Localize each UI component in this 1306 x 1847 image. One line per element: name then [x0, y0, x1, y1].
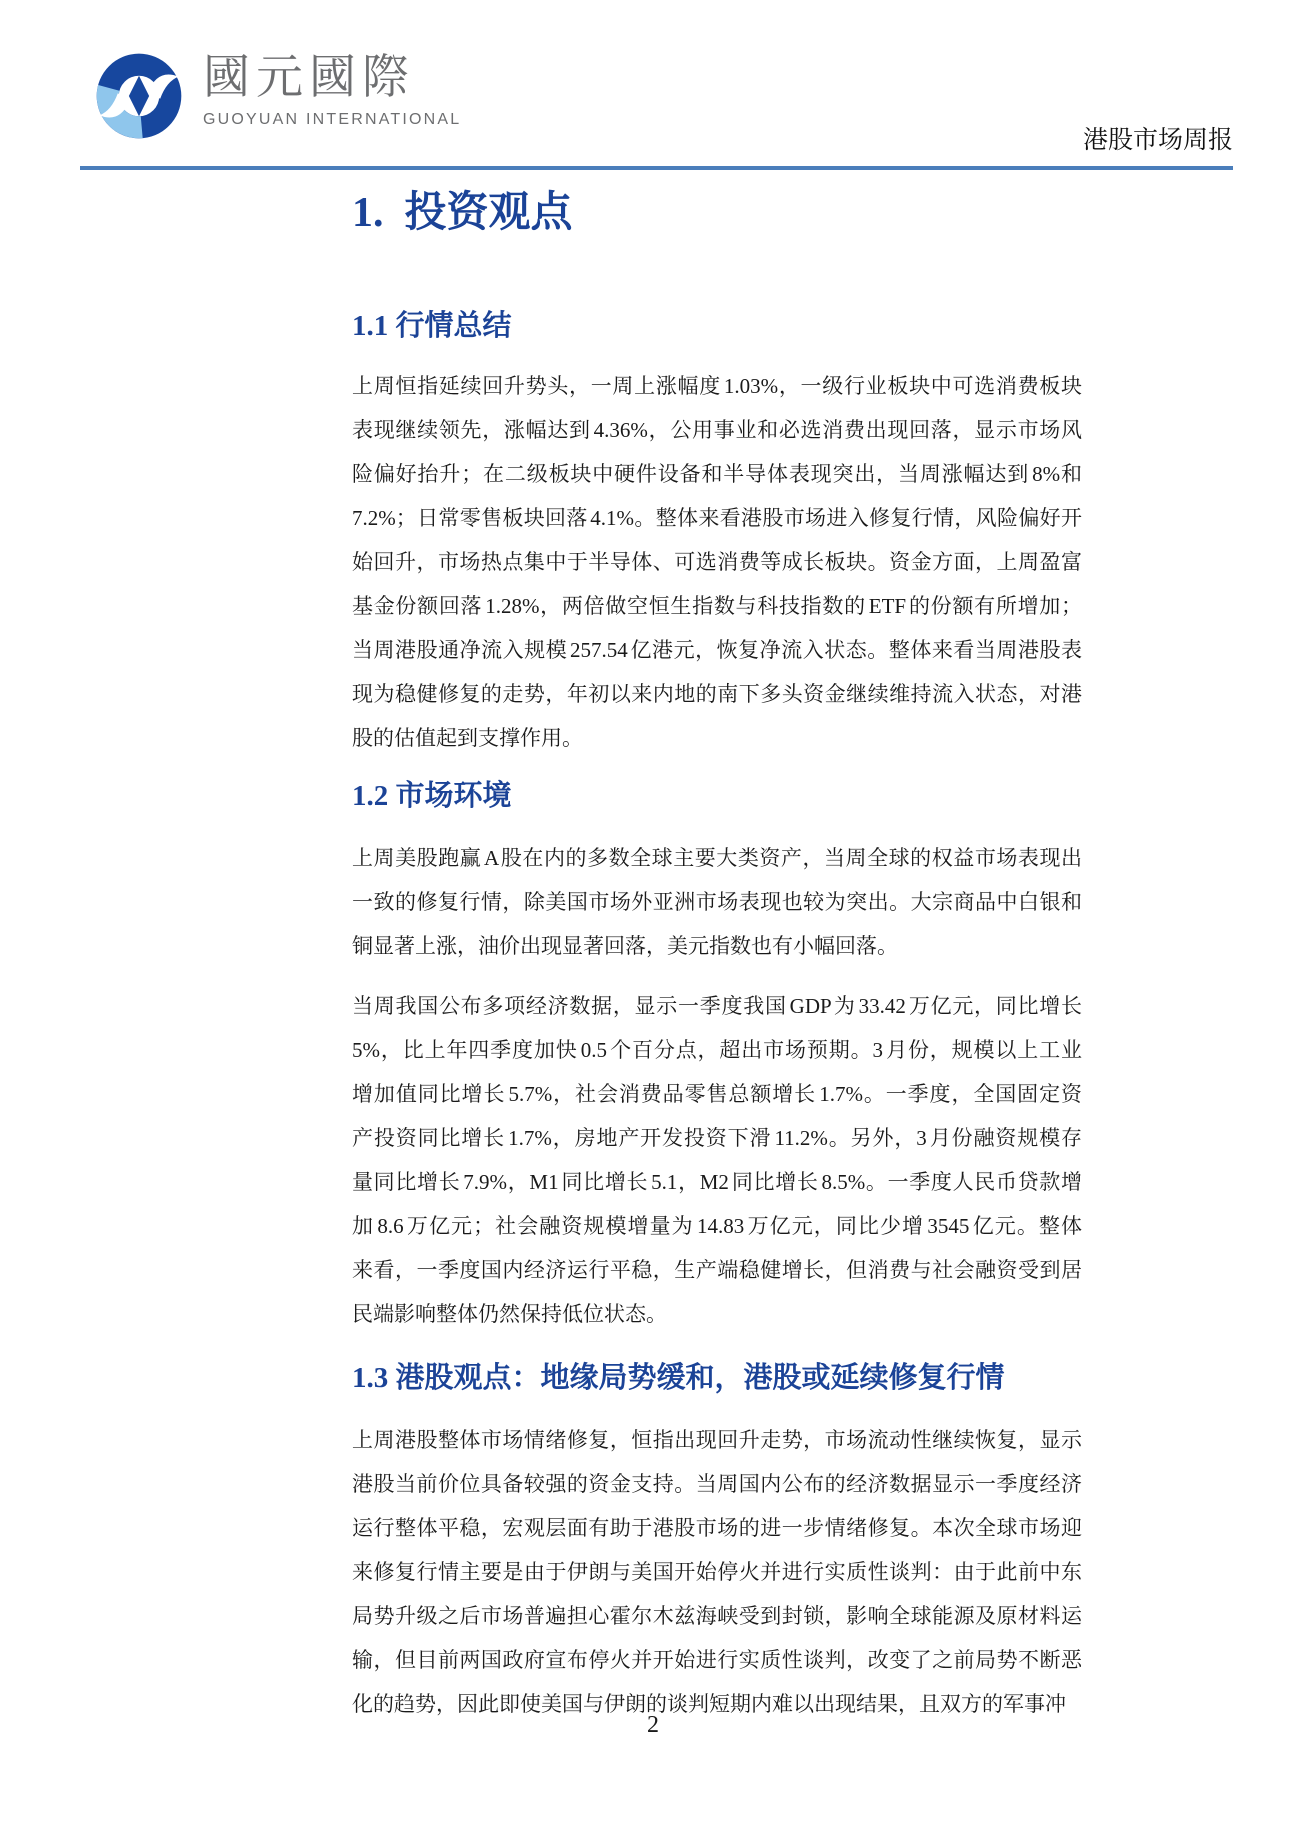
text-line: 上周港股整体市场情绪修复，恒指出现回升走势，市场流动性继续恢复，显示 [352, 1418, 1082, 1462]
text-line: 加 8.6 万亿元；社会融资规模增量为 14.83 万亿元，同比少增 3545 … [352, 1204, 1082, 1248]
text-line: 输，但目前两国政府宣布停火并开始进行实质性谈判，改变了之前局势不断恶 [352, 1638, 1082, 1682]
logo: 國元國際 GUOYUAN INTERNATIONAL [203, 50, 461, 130]
text-line: 股的估值起到支撑作用。 [352, 716, 1082, 760]
text-line: 增加值同比增长 5.7%，社会消费品零售总额增长 1.7%。一季度，全国固定资 [352, 1072, 1082, 1116]
page-number: 2 [0, 1710, 1306, 1740]
paragraph-global-markets: 上周美股跑赢 A 股在内的多数全球主要大类资产，当周全球的权益市场表现出一致的修… [352, 836, 1082, 968]
heading-1-1: 1.1 行情总结 [352, 306, 1082, 346]
text-line: 上周恒指延续回升势头，一周上涨幅度 1.03%，一级行业板块中可选消费板块 [352, 364, 1082, 408]
text-line: 始回升，市场热点集中于半导体、可选消费等成长板块。资金方面，上周盈富 [352, 540, 1082, 584]
page-title: 1. 投资观点 [352, 188, 1082, 238]
header-rule [80, 166, 1233, 170]
report-body: 1. 投资观点 1.1 行情总结 上周恒指延续回升势头，一周上涨幅度 1.03%… [352, 172, 1082, 1726]
text-line: 来看，一季度国内经济运行平稳，生产端稳健增长，但消费与社会融资受到居 [352, 1248, 1082, 1292]
report-page: 國元國際 GUOYUAN INTERNATIONAL 港股市场周报 1. 投资观… [0, 0, 1306, 1847]
text-line: 险偏好抬升；在二级板块中硬件设备和半导体表现突出，当周涨幅达到 8%和 [352, 452, 1082, 496]
paragraph-economic-data: 当周我国公布多项经济数据，显示一季度我国 GDP 为 33.42 万亿元，同比增… [352, 984, 1082, 1336]
text-line: 港股当前价位具备较强的资金支持。当周国内公布的经济数据显示一季度经济 [352, 1462, 1082, 1506]
text-line: 现为稳健修复的走势，年初以来内地的南下多头资金继续维持流入状态，对港 [352, 672, 1082, 716]
paragraph-hk-view: 上周港股整体市场情绪修复，恒指出现回升走势，市场流动性继续恢复，显示港股当前价位… [352, 1418, 1082, 1726]
paragraph-market-summary: 上周恒指延续回升势头，一周上涨幅度 1.03%，一级行业板块中可选消费板块表现继… [352, 364, 1082, 760]
heading-1-2: 1.2 市场环境 [352, 776, 1082, 816]
text-line: 基金份额回落 1.28%，两倍做空恒生指数与科技指数的 ETF 的份额有所增加； [352, 584, 1082, 628]
text-line: 量同比增长 7.9%，M1 同比增长 5.1，M2 同比增长 8.5%。一季度人… [352, 1160, 1082, 1204]
text-line: 表现继续领先，涨幅达到 4.36%，公用事业和必选消费出现回落，显示市场风 [352, 408, 1082, 452]
text-line: 产投资同比增长 1.7%，房地产开发投资下滑 11.2%。另外，3 月份融资规模… [352, 1116, 1082, 1160]
logo-icon [93, 50, 185, 142]
text-line: 5%，比上年四季度加快 0.5 个百分点，超出市场预期。3 月份，规模以上工业 [352, 1028, 1082, 1072]
text-line: 上周美股跑赢 A 股在内的多数全球主要大类资产，当周全球的权益市场表现出 [352, 836, 1082, 880]
text-line: 来修复行情主要是由于伊朗与美国开始停火并进行实质性谈判：由于此前中东 [352, 1550, 1082, 1594]
text-line: 当周我国公布多项经济数据，显示一季度我国 GDP 为 33.42 万亿元，同比增… [352, 984, 1082, 1028]
text-line: 运行整体平稳，宏观层面有助于港股市场的进一步情绪修复。本次全球市场迎 [352, 1506, 1082, 1550]
doc-type-label: 港股市场周报 [1083, 125, 1233, 157]
page-header: 國元國際 GUOYUAN INTERNATIONAL 港股市场周报 [0, 0, 1306, 172]
text-line: 铜显著上涨，油价出现显著回落，美元指数也有小幅回落。 [352, 924, 1082, 968]
text-line: 民端影响整体仍然保持低位状态。 [352, 1292, 1082, 1336]
text-line: 7.2%；日常零售板块回落 4.1%。整体来看港股市场进入修复行情，风险偏好开 [352, 496, 1082, 540]
text-line: 局势升级之后市场普遍担心霍尔木兹海峡受到封锁，影响全球能源及原材料运 [352, 1594, 1082, 1638]
heading-1-3: 1.3 港股观点：地缘局势缓和，港股或延续修复行情 [352, 1358, 1082, 1398]
logo-zh-text: 國元國際 [203, 50, 461, 104]
logo-en-text: GUOYUAN INTERNATIONAL [203, 110, 461, 130]
text-line: 当周港股通净流入规模 257.54 亿港元，恢复净流入状态。整体来看当周港股表 [352, 628, 1082, 672]
text-line: 一致的修复行情，除美国市场外亚洲市场表现也较为突出。大宗商品中白银和 [352, 880, 1082, 924]
